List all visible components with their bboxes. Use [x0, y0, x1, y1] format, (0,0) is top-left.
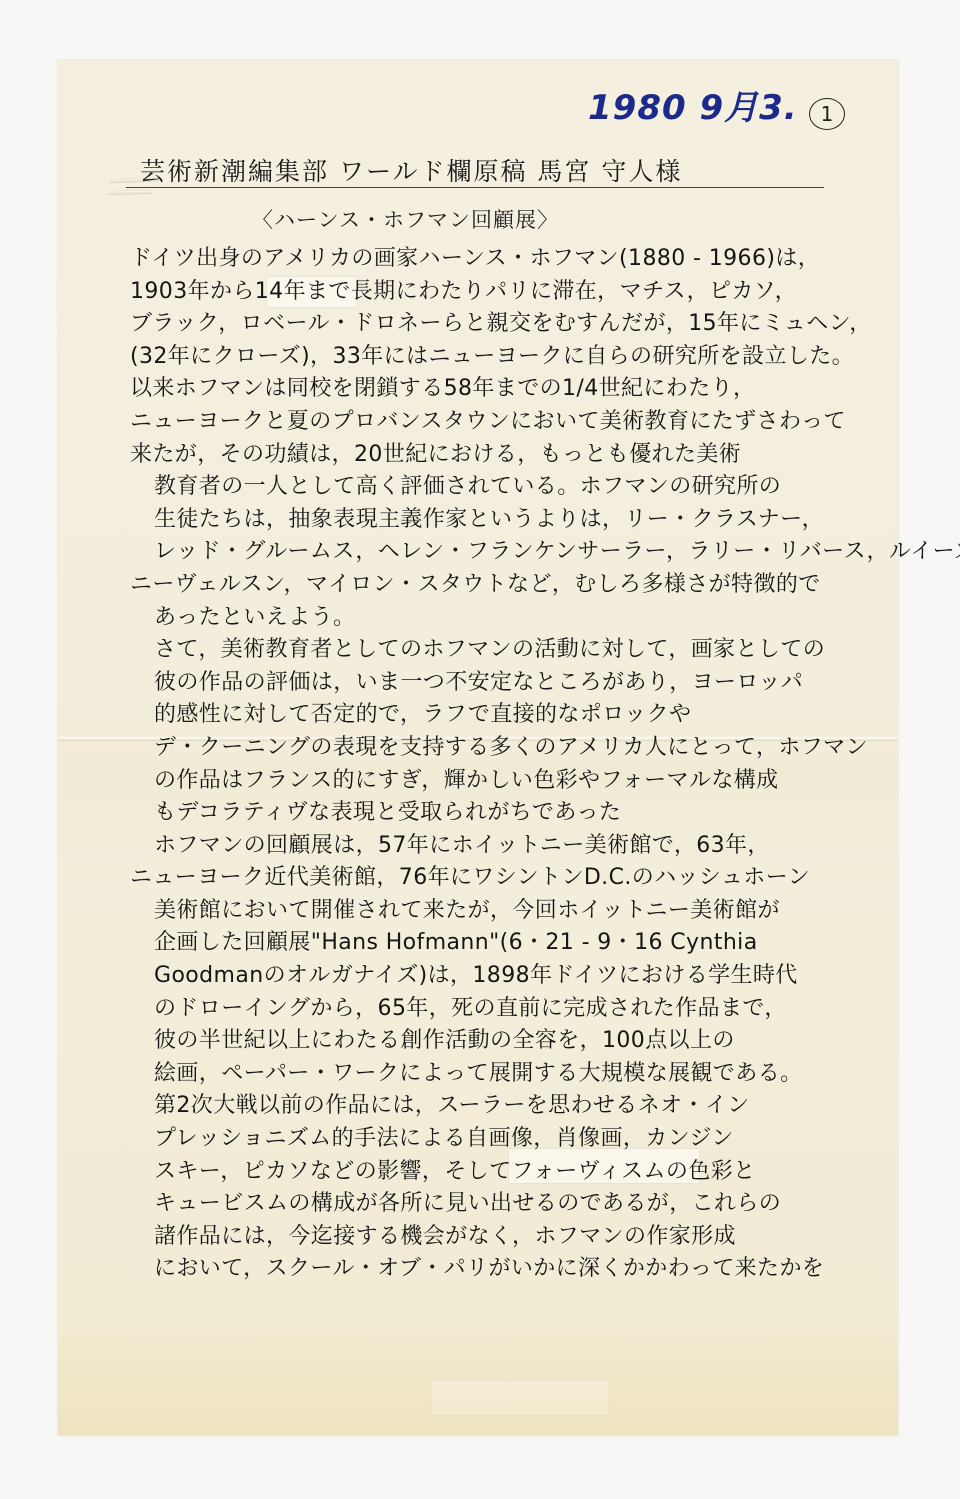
body-line: の作品はフランス的にすぎ，輝かしい色彩やフォーマルな構成: [130, 765, 890, 798]
manuscript-page: 1980 9月3. 1 芸術新潮編集部 ワールド欄原稿 馬宮 守人様 〈ハーンス…: [58, 60, 898, 1435]
body-line: 絵画，ペーパー・ワークによって展開する大規模な展観である。: [130, 1058, 890, 1091]
page-number-circle: 1: [809, 98, 845, 130]
body-line: ホフマンの回顧展は，57年にホイットニー美術館で，63年，: [130, 830, 890, 863]
date-stamp: 1980 9月3.: [588, 80, 798, 129]
body-line: ドイツ出身のアメリカの画家ハーンス・ホフマン(1880 - 1966)は，: [130, 243, 890, 276]
correction-patch: [430, 1380, 610, 1416]
body-line: 以来ホフマンは同校を閉鎖する58年までの1/4世紀にわたり，: [130, 373, 890, 406]
body-line: において，スクール・オブ・パリがいかに深くかかわって来たかを: [130, 1253, 890, 1286]
body-line: ニーヴェルスン，マイロン・スタウトなど，むしろ多様さが特徴的で: [130, 569, 890, 602]
scanned-manuscript: 1980 9月3. 1 芸術新潮編集部 ワールド欄原稿 馬宮 守人様 〈ハーンス…: [0, 0, 960, 1499]
body-line: 1903年から14年まで長期にわたりパリに滞在，マチス，ピカソ，: [130, 276, 890, 309]
manuscript-header: 芸術新潮編集部 ワールド欄原稿 馬宮 守人様: [140, 152, 682, 188]
body-line: Goodmanのオルガナイズ)は，1898年ドイツにおける学生時代: [130, 960, 890, 993]
body-line: 彼の半世紀以上にわたる創作活動の全容を，100点以上の: [130, 1025, 890, 1058]
body-line: プレッショニズム的手法による自画像，肖像画，カンジン: [130, 1123, 890, 1156]
body-line: あったといえよう。: [130, 602, 890, 635]
body-line: 教育者の一人として高く評価されている。ホフマンの研究所の: [130, 471, 890, 504]
header-underline: [126, 187, 824, 188]
body-line: 彼の作品の評価は，いま一つ不安定なところがあり，ヨーロッパ: [130, 667, 890, 700]
body-line: デ・クーニングの表現を支持する多くのアメリカ人にとって，ホフマン: [130, 732, 890, 765]
manuscript-body: ドイツ出身のアメリカの画家ハーンス・ホフマン(1880 - 1966)は， 19…: [130, 243, 890, 1286]
body-line: (32年にクローズ)，33年にはニューヨークに自らの研究所を設立した。: [130, 341, 890, 374]
body-line: 諸作品には，今迄接する機会がなく，ホフマンの作家形成: [130, 1221, 890, 1254]
body-line: キュービスムの構成が各所に見い出せるのであるが，これらの: [130, 1188, 890, 1221]
body-line: 的感性に対して否定的で，ラフで直接的なポロックや: [130, 699, 890, 732]
body-line: のドローイングから，65年，死の直前に完成された作品まで，: [130, 993, 890, 1026]
body-line: 第2次大戦以前の作品には，スーラーを思わせるネオ・イン: [130, 1090, 890, 1123]
body-line: 美術館において開催されて来たが，今回ホイットニー美術館が: [130, 895, 890, 928]
body-line: 生徒たちは，抽象表現主義作家というよりは，リー・クラスナー，: [130, 504, 890, 537]
article-title: 〈ハーンス・ホフマン回顧展〉: [252, 204, 559, 234]
body-line: ニューヨークと夏のプロバンスタウンにおいて美術教育にたずさわって: [130, 406, 890, 439]
body-line: スキー，ピカソなどの影響，そしてフォーヴィスムの色彩と: [130, 1156, 890, 1189]
body-line: ニューヨーク近代美術館，76年にワシントンD.C.のハッシュホーン: [130, 862, 890, 895]
body-line: 企画した回顧展"Hans Hofmann"(6・21 - 9・16 Cynthi…: [130, 927, 890, 960]
body-line: ブラック，ロベール・ドロネーらと親交をむすんだが，15年にミュヘン，: [130, 308, 890, 341]
body-line: レッド・グルームス，ヘレン・フランケンサーラー，ラリー・リバース，ルイーズ・: [130, 536, 890, 569]
staple-mark-icon: [108, 191, 152, 195]
body-line: さて，美術教育者としてのホフマンの活動に対して，画家としての: [130, 634, 890, 667]
body-line: 来たが，その功績は，20世紀における，もっとも優れた美術: [130, 439, 890, 472]
body-line: もデコラティヴな表現と受取られがちであった: [130, 797, 890, 830]
